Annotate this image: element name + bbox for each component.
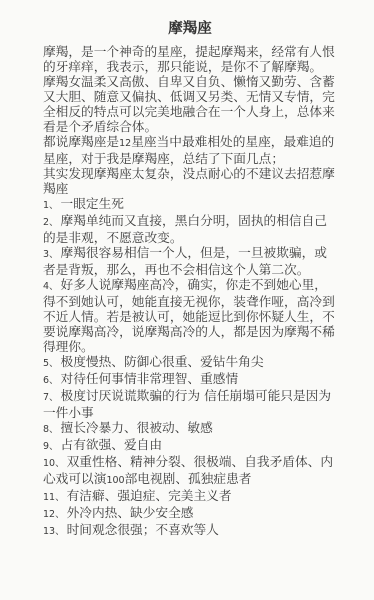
list-item-number: 6、 [43,375,61,386]
list-item: 8、擅长冷暴力、很被动、敏感 [43,420,337,437]
intro-paragraph: 摩羯，是一个神奇的星座，提起摩羯来，经常有人恨的牙痒痒，我表示，那只能说，是你不… [43,44,337,74]
list-item-text: 有洁癖、强迫症、完美主义者 [67,488,232,503]
list-item-text: 双重性格、精神分裂、很极端、自我矛盾体、内心戏可以演100部电视剧、孤独症患者 [43,454,333,486]
list-item: 9、占有欲强、爱自由 [43,437,337,454]
warning-paragraph: 其实发现摩羯座太复杂，没点耐心的不建议去招惹摩羯座 [43,166,337,196]
list-item-number: 5、 [43,358,61,369]
list-item: 3、摩羯很容易相信一个人，但是，一旦被欺骗，或者是背叛，那么，再也不会相信这个人… [43,245,337,277]
list-item-number: 8、 [43,424,61,435]
list-item-number: 13、 [43,526,67,537]
list-item-text: 一眼定生死 [61,196,124,211]
list-item-number: 7、 [43,392,61,403]
list-item: 10、双重性格、精神分裂、很极端、自我矛盾体、内心戏可以演100部电视剧、孤独症… [43,454,337,488]
list-item-text: 外冷内热、缺少安全感 [67,505,194,520]
list-item: 13、时间观念很强；不喜欢等人 [43,522,337,539]
list-item-number: 12、 [43,509,67,520]
list-item: 7、极度讨厌说谎欺骗的行为 信任崩塌可能只是因为一件小事 [43,388,337,420]
contrast-paragraph: 摩羯女温柔又高傲、自卑又自负、懒惰又勤劳、含蓄又大胆、随意又偏执、低调又另类、无… [43,74,337,134]
list-item-text: 摩羯单纯而又直接，黑白分明，固执的相信自己的是非观，不愿意改变。 [43,213,327,245]
list-item-number: 11、 [43,492,67,503]
list-item-text: 占有欲强、爱自由 [61,437,163,452]
list-item-number: 3、 [43,249,61,260]
list-item-number: 4、 [43,281,61,292]
article-content: 摩羯，是一个神奇的星座，提起摩羯来，经常有人恨的牙痒痒，我表示，那只能说，是你不… [43,44,337,539]
article-page: 摩羯座 摩羯，是一个神奇的星座，提起摩羯来，经常有人恨的牙痒痒，我表示，那只能说… [0,0,374,600]
hardest-sign-paragraph: 都说摩羯座是12星座当中最难相处的星座，最难追的星座，对于我是摩羯座，总结了下面… [43,134,337,166]
list-item: 1、一眼定生死 [43,196,337,213]
list-item: 12、外冷内热、缺少安全感 [43,505,337,522]
list-item-number: 1、 [43,200,61,211]
list-item-number: 10、 [43,458,67,469]
list-item: 11、有洁癖、强迫症、完美主义者 [43,488,337,505]
list-item-text: 好多人说摩羯座高冷，确实，你走不到她心里，得不到她认可，她能直接无视你，装聋作哑… [43,277,335,354]
page-title: 摩羯座 [43,19,337,39]
list-item-number: 2、 [43,217,61,228]
list-item: 6、对待任何事情非常理智、重感情 [43,371,337,388]
list-item: 4、好多人说摩羯座高冷，确实，你走不到她心里，得不到她认可，她能直接无视你，装聋… [43,277,337,354]
list-item: 5、极度慢热、防御心很重、爱钻牛角尖 [43,354,337,371]
list-item-text: 摩羯很容易相信一个人，但是，一旦被欺骗，或者是背叛，那么，再也不会相信这个人第二… [43,245,327,277]
list-item-text: 极度讨厌说谎欺骗的行为 信任崩塌可能只是因为一件小事 [43,388,331,420]
list-item-text: 极度慢热、防御心很重、爱钻牛角尖 [61,354,264,369]
list-item-number: 9、 [43,441,61,452]
list-item-text: 对待任何事情非常理智、重感情 [61,371,239,386]
list-item-text: 擅长冷暴力、很被动、敏感 [61,420,213,435]
list-item-text: 时间观念很强；不喜欢等人 [67,522,219,537]
list-item: 2、摩羯单纯而又直接，黑白分明，固执的相信自己的是非观，不愿意改变。 [43,213,337,245]
